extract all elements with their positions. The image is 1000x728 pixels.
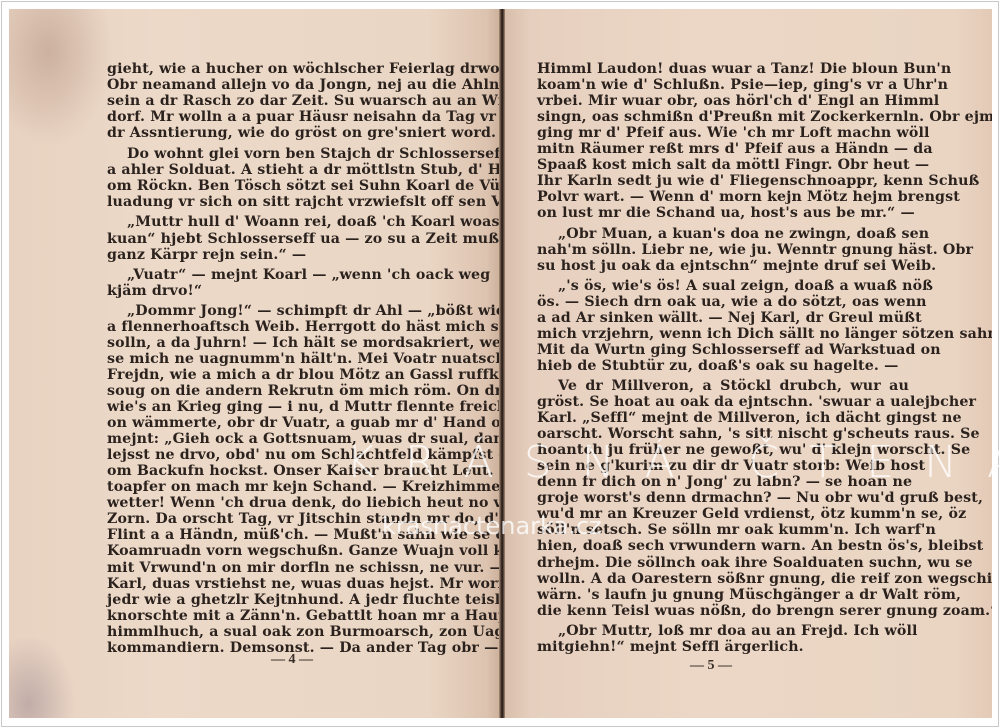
text-line: die kenn Teisl wuas nößn, do brengn sere…	[537, 602, 909, 620]
text-line: mitgiehn!“ mejnt Seffl ärgerlich.	[537, 638, 909, 656]
text-line: ganz Kärpr rejn sein.“ —	[107, 246, 479, 264]
book-gutter	[499, 9, 505, 718]
book-spread: — 4 — gieht, wie a hucher on wöchlscher …	[9, 9, 992, 718]
text-line: luadung vr sich on sitt rajcht vrzwiefsl…	[107, 193, 479, 211]
page-number-right: — 5 —	[690, 658, 732, 674]
text-line: dr Assntierung, wie do gröst on gre'snie…	[107, 124, 479, 142]
right-page: — 5 — Himml Laudon! duas wuar a Tanz! Di…	[502, 9, 992, 718]
text-line: kjäm drvo!“	[107, 282, 479, 300]
text-line: su host ju oak da ejntschn“ mejnte druf …	[537, 257, 909, 275]
left-page: — 4 — gieht, wie a hucher on wöchlscher …	[9, 9, 502, 718]
text-line: hieb de Stubtür zu, doaß's oak su hagelt…	[537, 357, 909, 375]
text-line: kommandiern. Demsonst. — Da ander Tag ob…	[107, 639, 479, 657]
text-line: on lust mr die Schand ua, host's aus be …	[537, 204, 909, 222]
